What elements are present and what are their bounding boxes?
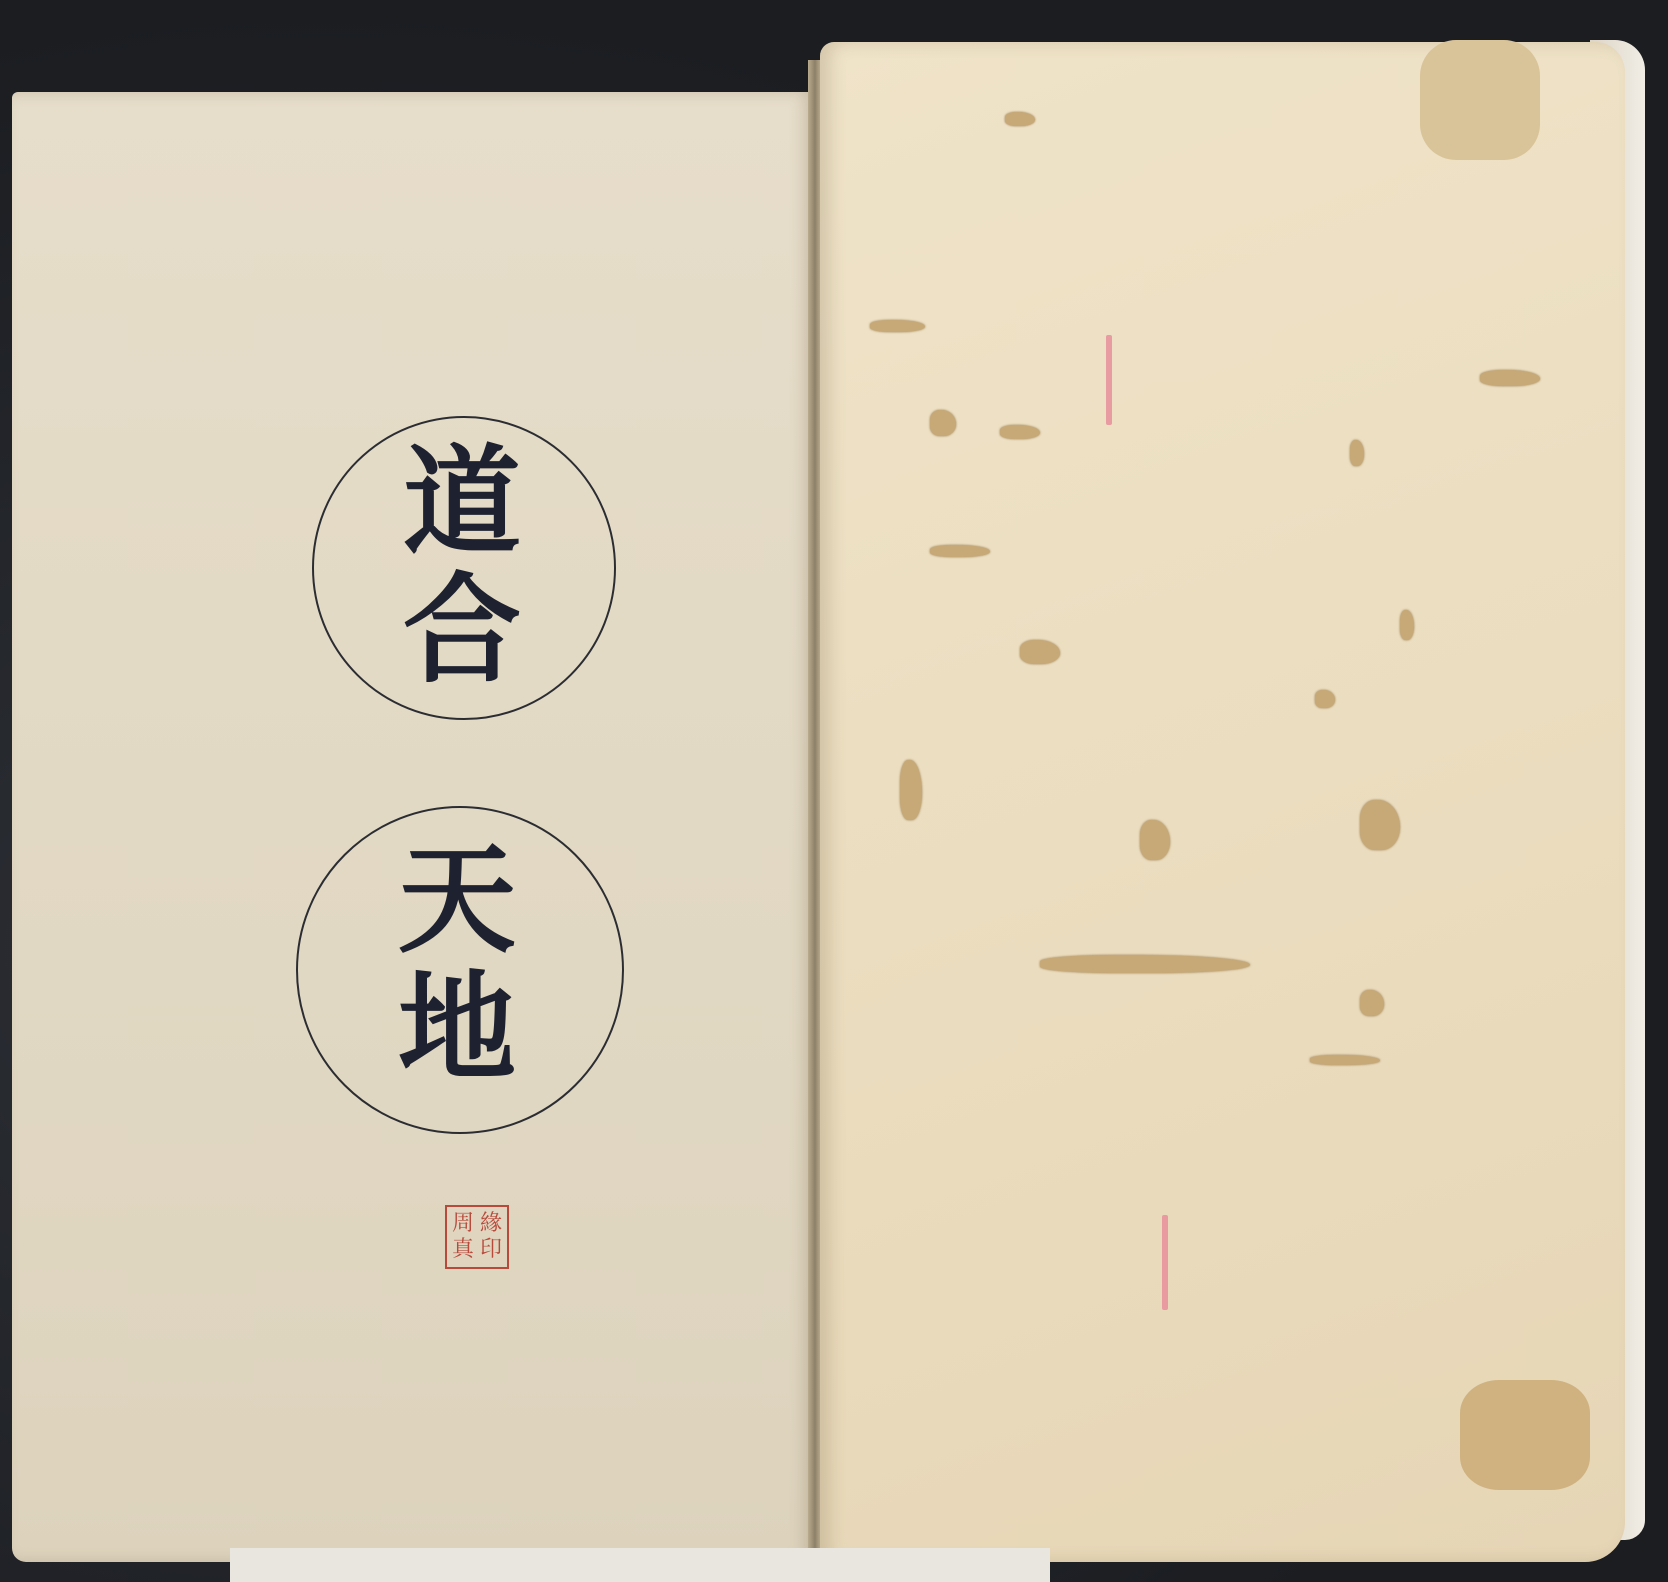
char-di: 地 bbox=[398, 964, 516, 1092]
wormhole bbox=[1350, 440, 1364, 466]
seal-char: 印 bbox=[477, 1237, 505, 1263]
seal-char: 周 bbox=[449, 1211, 477, 1237]
wormhole bbox=[1480, 370, 1540, 386]
wormhole bbox=[1360, 990, 1384, 1016]
title-chars-1: 道 合 bbox=[362, 438, 562, 694]
bottom-page-strip bbox=[230, 1548, 1050, 1582]
char-tian: 天 bbox=[398, 836, 516, 964]
wormhole bbox=[1020, 640, 1060, 664]
wormhole bbox=[1140, 820, 1170, 860]
char-he: 合 bbox=[403, 566, 521, 694]
torn-corner bbox=[1460, 1380, 1590, 1490]
right-page bbox=[820, 42, 1625, 1562]
pink-mark bbox=[1162, 1215, 1168, 1310]
wormhole bbox=[930, 545, 990, 557]
char-dao: 道 bbox=[403, 438, 521, 566]
wormhole bbox=[1005, 112, 1035, 126]
title-chars-2: 天 地 bbox=[352, 836, 562, 1092]
wormhole bbox=[870, 320, 925, 332]
wormhole bbox=[930, 410, 956, 436]
red-seal-stamp: 周 緣 真 印 bbox=[445, 1205, 509, 1269]
seal-char: 緣 bbox=[477, 1211, 505, 1237]
torn-corner bbox=[1420, 40, 1540, 160]
wormhole bbox=[1040, 955, 1250, 973]
wormhole bbox=[1315, 690, 1335, 708]
wormhole bbox=[1310, 1055, 1380, 1065]
wormhole bbox=[1000, 425, 1040, 439]
seal-char: 真 bbox=[449, 1237, 477, 1263]
wormhole bbox=[1360, 800, 1400, 850]
wormhole bbox=[1400, 610, 1414, 640]
pink-mark bbox=[1106, 335, 1112, 425]
